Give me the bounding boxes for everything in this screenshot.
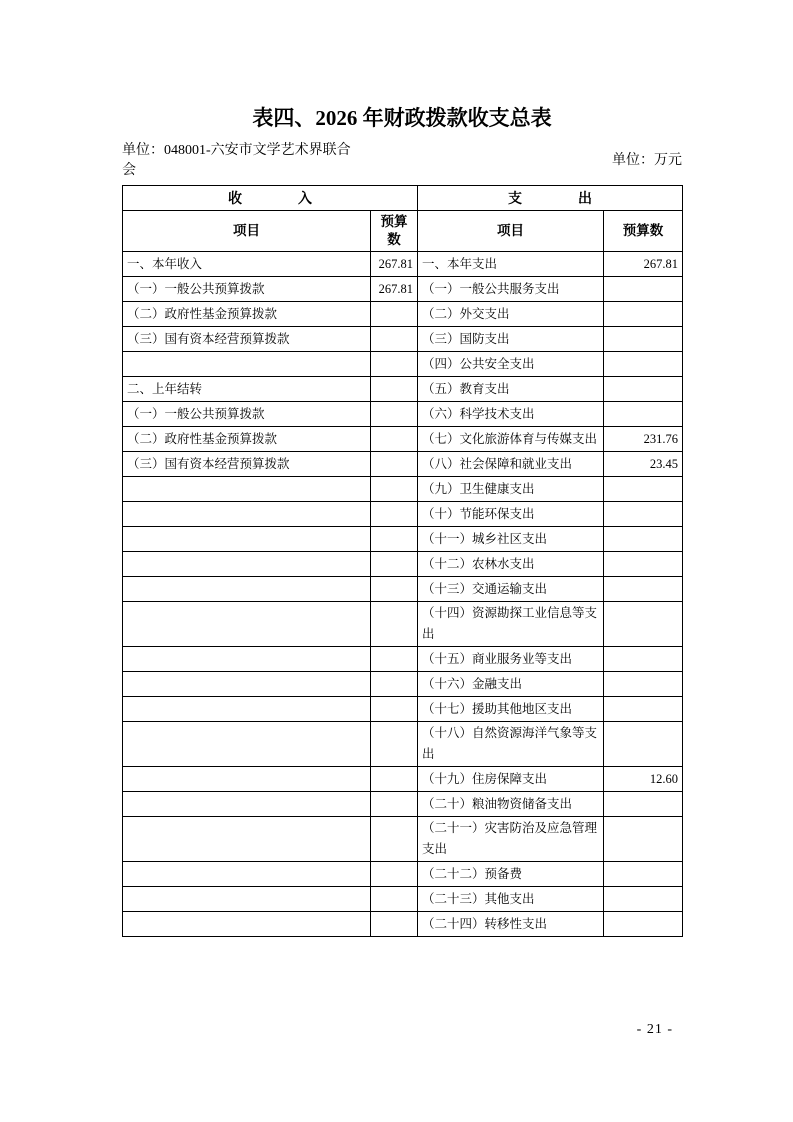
cell-income-budget: [371, 577, 418, 602]
cell-income-item: [123, 352, 371, 377]
cell-income-budget: [371, 552, 418, 577]
cell-expense-budget: 23.45: [604, 452, 683, 477]
cell-income-budget: [371, 477, 418, 502]
table-row: 二、上年结转（五）教育支出: [123, 377, 683, 402]
cell-income-item: [123, 697, 371, 722]
cell-income-budget: [371, 862, 418, 887]
expense-budget-header: 预算数: [604, 211, 683, 252]
cell-income-budget: [371, 602, 418, 647]
table-row: （十三）交通运输支出: [123, 577, 683, 602]
table-row: （十五）商业服务业等支出: [123, 647, 683, 672]
cell-income-budget: [371, 887, 418, 912]
table-row: （一）一般公共预算拨款（六）科学技术支出: [123, 402, 683, 427]
cell-expense-budget: [604, 887, 683, 912]
cell-income-budget: 267.81: [371, 277, 418, 302]
cell-expense-budget: 12.60: [604, 767, 683, 792]
page-number: - 21 -: [637, 1022, 673, 1038]
cell-expense-item: （八）社会保障和就业支出: [418, 452, 604, 477]
cell-income-budget: [371, 817, 418, 862]
table-row: （十六）金融支出: [123, 672, 683, 697]
cell-expense-budget: [604, 647, 683, 672]
cell-income-item: [123, 672, 371, 697]
cell-income-item: （三）国有资本经营预算拨款: [123, 452, 371, 477]
cell-income-item: [123, 792, 371, 817]
cell-income-budget: [371, 722, 418, 767]
cell-expense-budget: [604, 327, 683, 352]
table-row: （三）国有资本经营预算拨款（三）国防支出: [123, 327, 683, 352]
cell-income-budget: 267.81: [371, 252, 418, 277]
cell-expense-item: （七）文化旅游体育与传媒支出: [418, 427, 604, 452]
column-header-row: 项目 预算数 项目 预算数: [123, 211, 683, 252]
table-row: （九）卫生健康支出: [123, 477, 683, 502]
cell-income-item: （一）一般公共预算拨款: [123, 402, 371, 427]
cell-income-budget: [371, 402, 418, 427]
expense-item-header: 项目: [418, 211, 604, 252]
cell-income-item: [123, 722, 371, 767]
cell-expense-budget: [604, 477, 683, 502]
cell-expense-item: （二十二）预备费: [418, 862, 604, 887]
table-row: （二十三）其他支出: [123, 887, 683, 912]
cell-expense-budget: [604, 552, 683, 577]
cell-income-item: 一、本年收入: [123, 252, 371, 277]
cell-income-item: [123, 912, 371, 937]
table-row: 一、本年收入267.81一、本年支出267.81: [123, 252, 683, 277]
cell-expense-budget: [604, 352, 683, 377]
cell-expense-budget: [604, 577, 683, 602]
cell-income-item: 二、上年结转: [123, 377, 371, 402]
cell-expense-item: （二十）粮油物资储备支出: [418, 792, 604, 817]
cell-income-item: （二）政府性基金预算拨款: [123, 302, 371, 327]
cell-income-item: [123, 862, 371, 887]
table-row: （二）政府性基金预算拨款（二）外交支出: [123, 302, 683, 327]
table-row: （十九）住房保障支出12.60: [123, 767, 683, 792]
table-body: 一、本年收入267.81一、本年支出267.81（一）一般公共预算拨款267.8…: [123, 252, 683, 937]
cell-income-item: （二）政府性基金预算拨款: [123, 427, 371, 452]
cell-expense-item: （二十四）转移性支出: [418, 912, 604, 937]
cell-income-budget: [371, 672, 418, 697]
cell-income-item: [123, 527, 371, 552]
cell-expense-item: （十九）住房保障支出: [418, 767, 604, 792]
cell-expense-item: （六）科学技术支出: [418, 402, 604, 427]
cell-income-budget: [371, 912, 418, 937]
cell-income-item: [123, 647, 371, 672]
cell-expense-item: （十六）金融支出: [418, 672, 604, 697]
cell-expense-item: （九）卫生健康支出: [418, 477, 604, 502]
cell-income-item: [123, 477, 371, 502]
cell-income-budget: [371, 452, 418, 477]
cell-expense-item: 一、本年支出: [418, 252, 604, 277]
table-row: （十一）城乡社区支出: [123, 527, 683, 552]
cell-expense-budget: 267.81: [604, 252, 683, 277]
table-row: （三）国有资本经营预算拨款（八）社会保障和就业支出23.45: [123, 452, 683, 477]
cell-expense-budget: [604, 672, 683, 697]
group-header-row: 收 入 支 出: [123, 186, 683, 211]
income-item-header: 项目: [123, 211, 371, 252]
cell-income-item: [123, 602, 371, 647]
cell-income-budget: [371, 697, 418, 722]
table-row: （二十）粮油物资储备支出: [123, 792, 683, 817]
cell-expense-item: （十一）城乡社区支出: [418, 527, 604, 552]
cell-income-item: [123, 817, 371, 862]
cell-income-budget: [371, 527, 418, 552]
cell-expense-budget: [604, 912, 683, 937]
cell-expense-budget: [604, 792, 683, 817]
table-row: （十二）农林水支出: [123, 552, 683, 577]
table-row: （四）公共安全支出: [123, 352, 683, 377]
cell-income-item: [123, 767, 371, 792]
table-row: （十七）援助其他地区支出: [123, 697, 683, 722]
cell-income-item: [123, 577, 371, 602]
cell-income-budget: [371, 352, 418, 377]
cell-expense-item: （三）国防支出: [418, 327, 604, 352]
cell-income-budget: [371, 427, 418, 452]
cell-expense-item: （十二）农林水支出: [418, 552, 604, 577]
cell-expense-budget: [604, 817, 683, 862]
document-content: 表四、2026 年财政拨款收支总表 单位：048001-六安市文学艺术界联合会 …: [122, 0, 682, 937]
cell-income-budget: [371, 647, 418, 672]
table-row: （十）节能环保支出: [123, 502, 683, 527]
cell-expense-budget: [604, 277, 683, 302]
cell-expense-item: （二十三）其他支出: [418, 887, 604, 912]
expense-group-header: 支 出: [418, 186, 683, 211]
cell-income-item: [123, 502, 371, 527]
table-row: （二十四）转移性支出: [123, 912, 683, 937]
cell-expense-budget: [604, 302, 683, 327]
cell-income-budget: [371, 767, 418, 792]
cell-expense-budget: [604, 697, 683, 722]
cell-income-budget: [371, 502, 418, 527]
unit-name-label: 单位：048001-六安市文学艺术界联合会: [122, 141, 362, 181]
cell-expense-budget: [604, 862, 683, 887]
cell-income-item: （三）国有资本经营预算拨款: [123, 327, 371, 352]
cell-expense-budget: [604, 602, 683, 647]
table-row: （二十一）灾害防治及应急管理支出: [123, 817, 683, 862]
cell-expense-item: （十三）交通运输支出: [418, 577, 604, 602]
cell-expense-budget: [604, 722, 683, 767]
cell-income-item: [123, 552, 371, 577]
cell-expense-budget: [604, 402, 683, 427]
table-row: （十八）自然资源海洋气象等支出: [123, 722, 683, 767]
cell-expense-budget: 231.76: [604, 427, 683, 452]
currency-unit-label: 单位：万元: [612, 151, 682, 171]
income-budget-header: 预算数: [371, 211, 418, 252]
table-row: （二十二）预备费: [123, 862, 683, 887]
cell-income-budget: [371, 327, 418, 352]
cell-expense-item: （十八）自然资源海洋气象等支出: [418, 722, 604, 767]
cell-expense-item: （十）节能环保支出: [418, 502, 604, 527]
cell-expense-item: （二）外交支出: [418, 302, 604, 327]
cell-income-budget: [371, 377, 418, 402]
cell-expense-budget: [604, 527, 683, 552]
cell-income-item: [123, 887, 371, 912]
document-page: 表四、2026 年财政拨款收支总表 单位：048001-六安市文学艺术界联合会 …: [0, 0, 793, 1122]
cell-expense-item: （四）公共安全支出: [418, 352, 604, 377]
cell-expense-budget: [604, 502, 683, 527]
cell-income-budget: [371, 792, 418, 817]
cell-expense-item: （十四）资源勘探工业信息等支出: [418, 602, 604, 647]
table-row: （二）政府性基金预算拨款（七）文化旅游体育与传媒支出231.76: [123, 427, 683, 452]
cell-income-item: （一）一般公共预算拨款: [123, 277, 371, 302]
income-group-header: 收 入: [123, 186, 418, 211]
table-row: （一）一般公共预算拨款267.81（一）一般公共服务支出: [123, 277, 683, 302]
budget-table: 收 入 支 出 项目 预算数 项目 预算数 一、本年收入267.81一、本年支出…: [122, 185, 683, 937]
table-row: （十四）资源勘探工业信息等支出: [123, 602, 683, 647]
cell-expense-item: （五）教育支出: [418, 377, 604, 402]
cell-expense-item: （二十一）灾害防治及应急管理支出: [418, 817, 604, 862]
cell-expense-item: （十七）援助其他地区支出: [418, 697, 604, 722]
unit-row: 单位：048001-六安市文学艺术界联合会 单位：万元: [122, 141, 682, 181]
cell-expense-item: （十五）商业服务业等支出: [418, 647, 604, 672]
cell-expense-item: （一）一般公共服务支出: [418, 277, 604, 302]
page-title: 表四、2026 年财政拨款收支总表: [122, 103, 682, 133]
cell-income-budget: [371, 302, 418, 327]
cell-expense-budget: [604, 377, 683, 402]
